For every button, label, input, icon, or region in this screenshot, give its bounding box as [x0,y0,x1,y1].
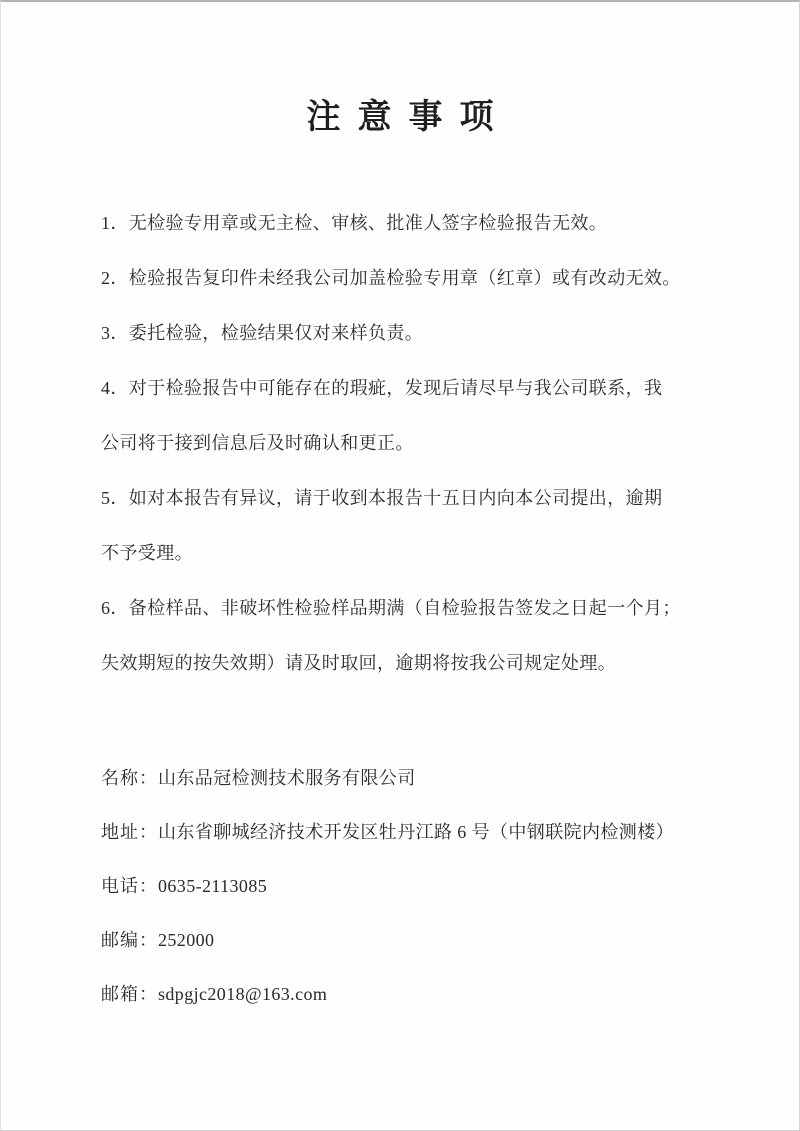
phone-label: 电话： [101,876,158,896]
notice-list: 1．无检验专用章或无主检、审核、批准人签字检验报告无效。 2．检验报告复印件未经… [101,196,741,691]
phone-value: 0635-2113085 [158,876,267,896]
company-name-label: 名称： [101,768,158,788]
notice-item-4-line-2: 公司将于接到信息后及时确认和更正。 [101,416,741,471]
notice-item-4-line-1: 4．对于检验报告中可能存在的瑕疵，发现后请尽早与我公司联系，我 [101,361,741,416]
notice-item-2: 2．检验报告复印件未经我公司加盖检验专用章（红章）或有改动无效。 [101,251,741,306]
notice-item-5-line-1: 5．如对本报告有异议，请于收到本报告十五日内向本公司提出，逾期 [101,471,741,526]
contact-email: 邮箱：sdpgjc2018@163.com [101,967,741,1021]
company-name-value: 山东品冠检测技术服务有限公司 [158,768,416,788]
notice-item-1: 1．无检验专用章或无主检、审核、批准人签字检验报告无效。 [101,196,741,251]
contact-company-name: 名称：山东品冠检测技术服务有限公司 [101,751,741,805]
page-title: 注意事项 [1,94,799,142]
notice-item-5-line-2: 不予受理。 [101,526,741,581]
email-label: 邮箱： [101,984,158,1004]
postal-code-value: 252000 [158,930,214,950]
notice-item-3: 3．委托检验，检验结果仅对来样负责。 [101,306,741,361]
address-value: 山东省聊城经济技术开发区牡丹江路 6 号（中钢联院内检测楼） [158,822,674,842]
notice-item-6-line-2: 失效期短的按失效期）请及时取回，逾期将按我公司规定处理。 [101,636,741,691]
contact-info: 名称：山东品冠检测技术服务有限公司 地址：山东省聊城经济技术开发区牡丹江路 6 … [101,751,741,1021]
contact-phone: 电话：0635-2113085 [101,859,741,913]
notice-item-6-line-1: 6．备检样品、非破坏性检验样品期满（自检验报告签发之日起一个月； [101,581,741,636]
address-label: 地址： [101,822,158,842]
document-page: 注意事项 1．无检验专用章或无主检、审核、批准人签字检验报告无效。 2．检验报告… [0,0,800,1131]
contact-postal-code: 邮编：252000 [101,913,741,967]
contact-address: 地址：山东省聊城经济技术开发区牡丹江路 6 号（中钢联院内检测楼） [101,805,741,859]
postal-code-label: 邮编： [101,930,158,950]
email-value: sdpgjc2018@163.com [158,984,327,1004]
